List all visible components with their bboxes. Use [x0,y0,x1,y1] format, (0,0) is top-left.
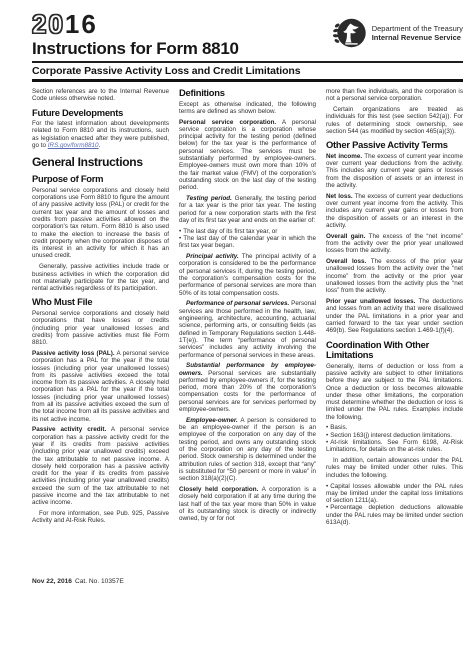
bullet-marker: • [326,439,328,446]
agency-text: Department of the Treasury Internal Reve… [372,24,463,42]
masthead: 2016 Instructions for Form 8810 [32,11,463,58]
overall-gain-term: Overall gain. [326,233,365,240]
bullet-marker: • [326,424,328,431]
bullet-marker: • [326,483,328,490]
coordination-bullet-at-risk: •At-risk limitations. See Form 6198, At-… [326,439,463,454]
addition-bullet-capital-losses: •Capital losses allowable under the PAL … [326,483,463,505]
closely-held-term: Closely held corporation. [179,486,258,493]
agency-line-2: Internal Revenue Service [372,33,463,42]
employee-owner-term: Employee-owner. [186,417,238,424]
credit-term: Passive activity credit. [32,426,106,433]
irs-eagle-logo-icon [333,16,367,50]
testing-bullet-2: •The last day of the calendar year in wh… [179,235,316,250]
column-3: more than five individuals, and the corp… [326,88,463,528]
heading-other-passive-activity-terms: Other Passive Activity Terms [326,140,463,151]
text-columns: Section references are to the Internal R… [32,88,463,528]
definitions-intro-paragraph: Except as otherwise indicated, the follo… [179,101,316,116]
bullet-marker: • [326,504,328,511]
personal-service-corporation-paragraph: Personal service corporation. A personal… [179,119,316,192]
addition-bullet-depletion: •Percentage depletion deductions allowab… [326,504,463,526]
overall-loss-term: Overall loss. [326,258,366,265]
prior-year-losses-term: Prior year unallowed losses. [326,298,415,305]
closely-held-continuation: more than five individuals, and the corp… [326,88,463,103]
bullet-marker: • [326,432,328,439]
page-title: Instructions for Form 8810 [32,39,239,58]
principal-activity-paragraph: Principal activity. The principal activi… [179,253,316,297]
heading-coordination-with-other-limitations: Coordination With Other Limitations [326,340,463,361]
bullet-marker: • [179,228,181,235]
page-footer: Nov 22, 2016Cat. No. 10357E [32,578,124,586]
coordination-bullet-163j: •Section 163(j) interest deduction limit… [326,432,463,439]
net-income-paragraph: Net income. The excess of current year i… [326,153,463,189]
column-2: Definitions Except as otherwise indicate… [179,88,316,528]
form-subtitle: Corporate Passive Activity Loss and Cred… [32,63,463,79]
who-must-file-paragraph: Personal service corporations and closel… [32,310,169,346]
substantial-performance-paragraph: Substantial performance by employee-owne… [179,362,316,413]
column-1: Section references are to the Internal R… [32,88,169,528]
heading-definitions: Definitions [179,88,316,99]
year-bold-digits: 16 [65,9,98,39]
passive-activity-credit-paragraph: Passive activity credit. A personal serv… [32,426,169,506]
heading-purpose-of-form: Purpose of Form [32,174,169,185]
net-loss-paragraph: Net loss. The excess of current year ded… [326,193,463,229]
more-information-paragraph: For more information, see Pub. 925, Pass… [32,510,169,525]
form-year: 2016 [32,11,239,37]
testing-period-paragraph: Testing period. Generally, the testing p… [179,195,316,224]
testing-period-term: Testing period. [186,195,232,202]
pal-term: Passive activity loss (PAL). [32,350,115,357]
net-loss-term: Net loss. [326,193,353,200]
revision-date: Nov 22, 2016 [32,578,72,585]
year-outline-digits: 20 [32,9,65,39]
agency-block: Department of the Treasury Internal Reve… [333,16,463,50]
net-income-term: Net income. [326,153,362,160]
passive-activity-loss-paragraph: Passive activity loss (PAL). A personal … [32,350,169,423]
overall-loss-paragraph: Overall loss. The excess of the prior ye… [326,258,463,294]
heading-future-developments: Future Developments [32,108,169,119]
overall-gain-paragraph: Overall gain. The excess of the “net inc… [326,233,463,255]
principal-activity-term: Principal activity. [186,253,239,260]
future-developments-paragraph: For the latest information about develop… [32,120,169,149]
purpose-paragraph-2: Generally, passive activities include tr… [32,263,169,292]
performance-paragraph: Performance of personal services. Person… [179,300,316,358]
coordination-bullet-basis: •Basis. [326,424,463,431]
catalog-number: Cat. No. 10357E [75,578,124,585]
purpose-paragraph-1: Personal service corporations and closel… [32,187,169,260]
section-references-note: Section references are to the Internal R… [32,88,169,103]
heading-general-instructions: General Instructions [32,155,169,169]
psc-term: Personal service corporation. [179,119,276,126]
certain-organizations-paragraph: Certain organizations are treated as ind… [326,106,463,135]
rule-below-subtitle [32,79,463,83]
coordination-paragraph: Generally, items of deduction or loss fr… [326,363,463,421]
title-block: 2016 Instructions for Form 8810 [32,11,239,58]
irs-instructions-page: 2016 Instructions for Form 8810 [0,0,474,669]
addition-paragraph: In addition, certain allowances under th… [326,457,463,479]
heading-who-must-file: Who Must File [32,297,169,308]
bullet-marker: • [179,235,181,242]
testing-bullet-1: •The last day of its first tax year, or [179,228,316,235]
form8810-link[interactable]: IRS.gov/form8810 [48,142,99,149]
prior-year-unallowed-losses-paragraph: Prior year unallowed losses. The deducti… [326,298,463,334]
closely-held-paragraph: Closely held corporation. A corporation … [179,486,316,522]
employee-owner-paragraph: Employee-owner. A person is considered t… [179,417,316,483]
performance-term: Performance of personal services. [186,300,289,307]
agency-line-1: Department of the Treasury [372,24,463,33]
